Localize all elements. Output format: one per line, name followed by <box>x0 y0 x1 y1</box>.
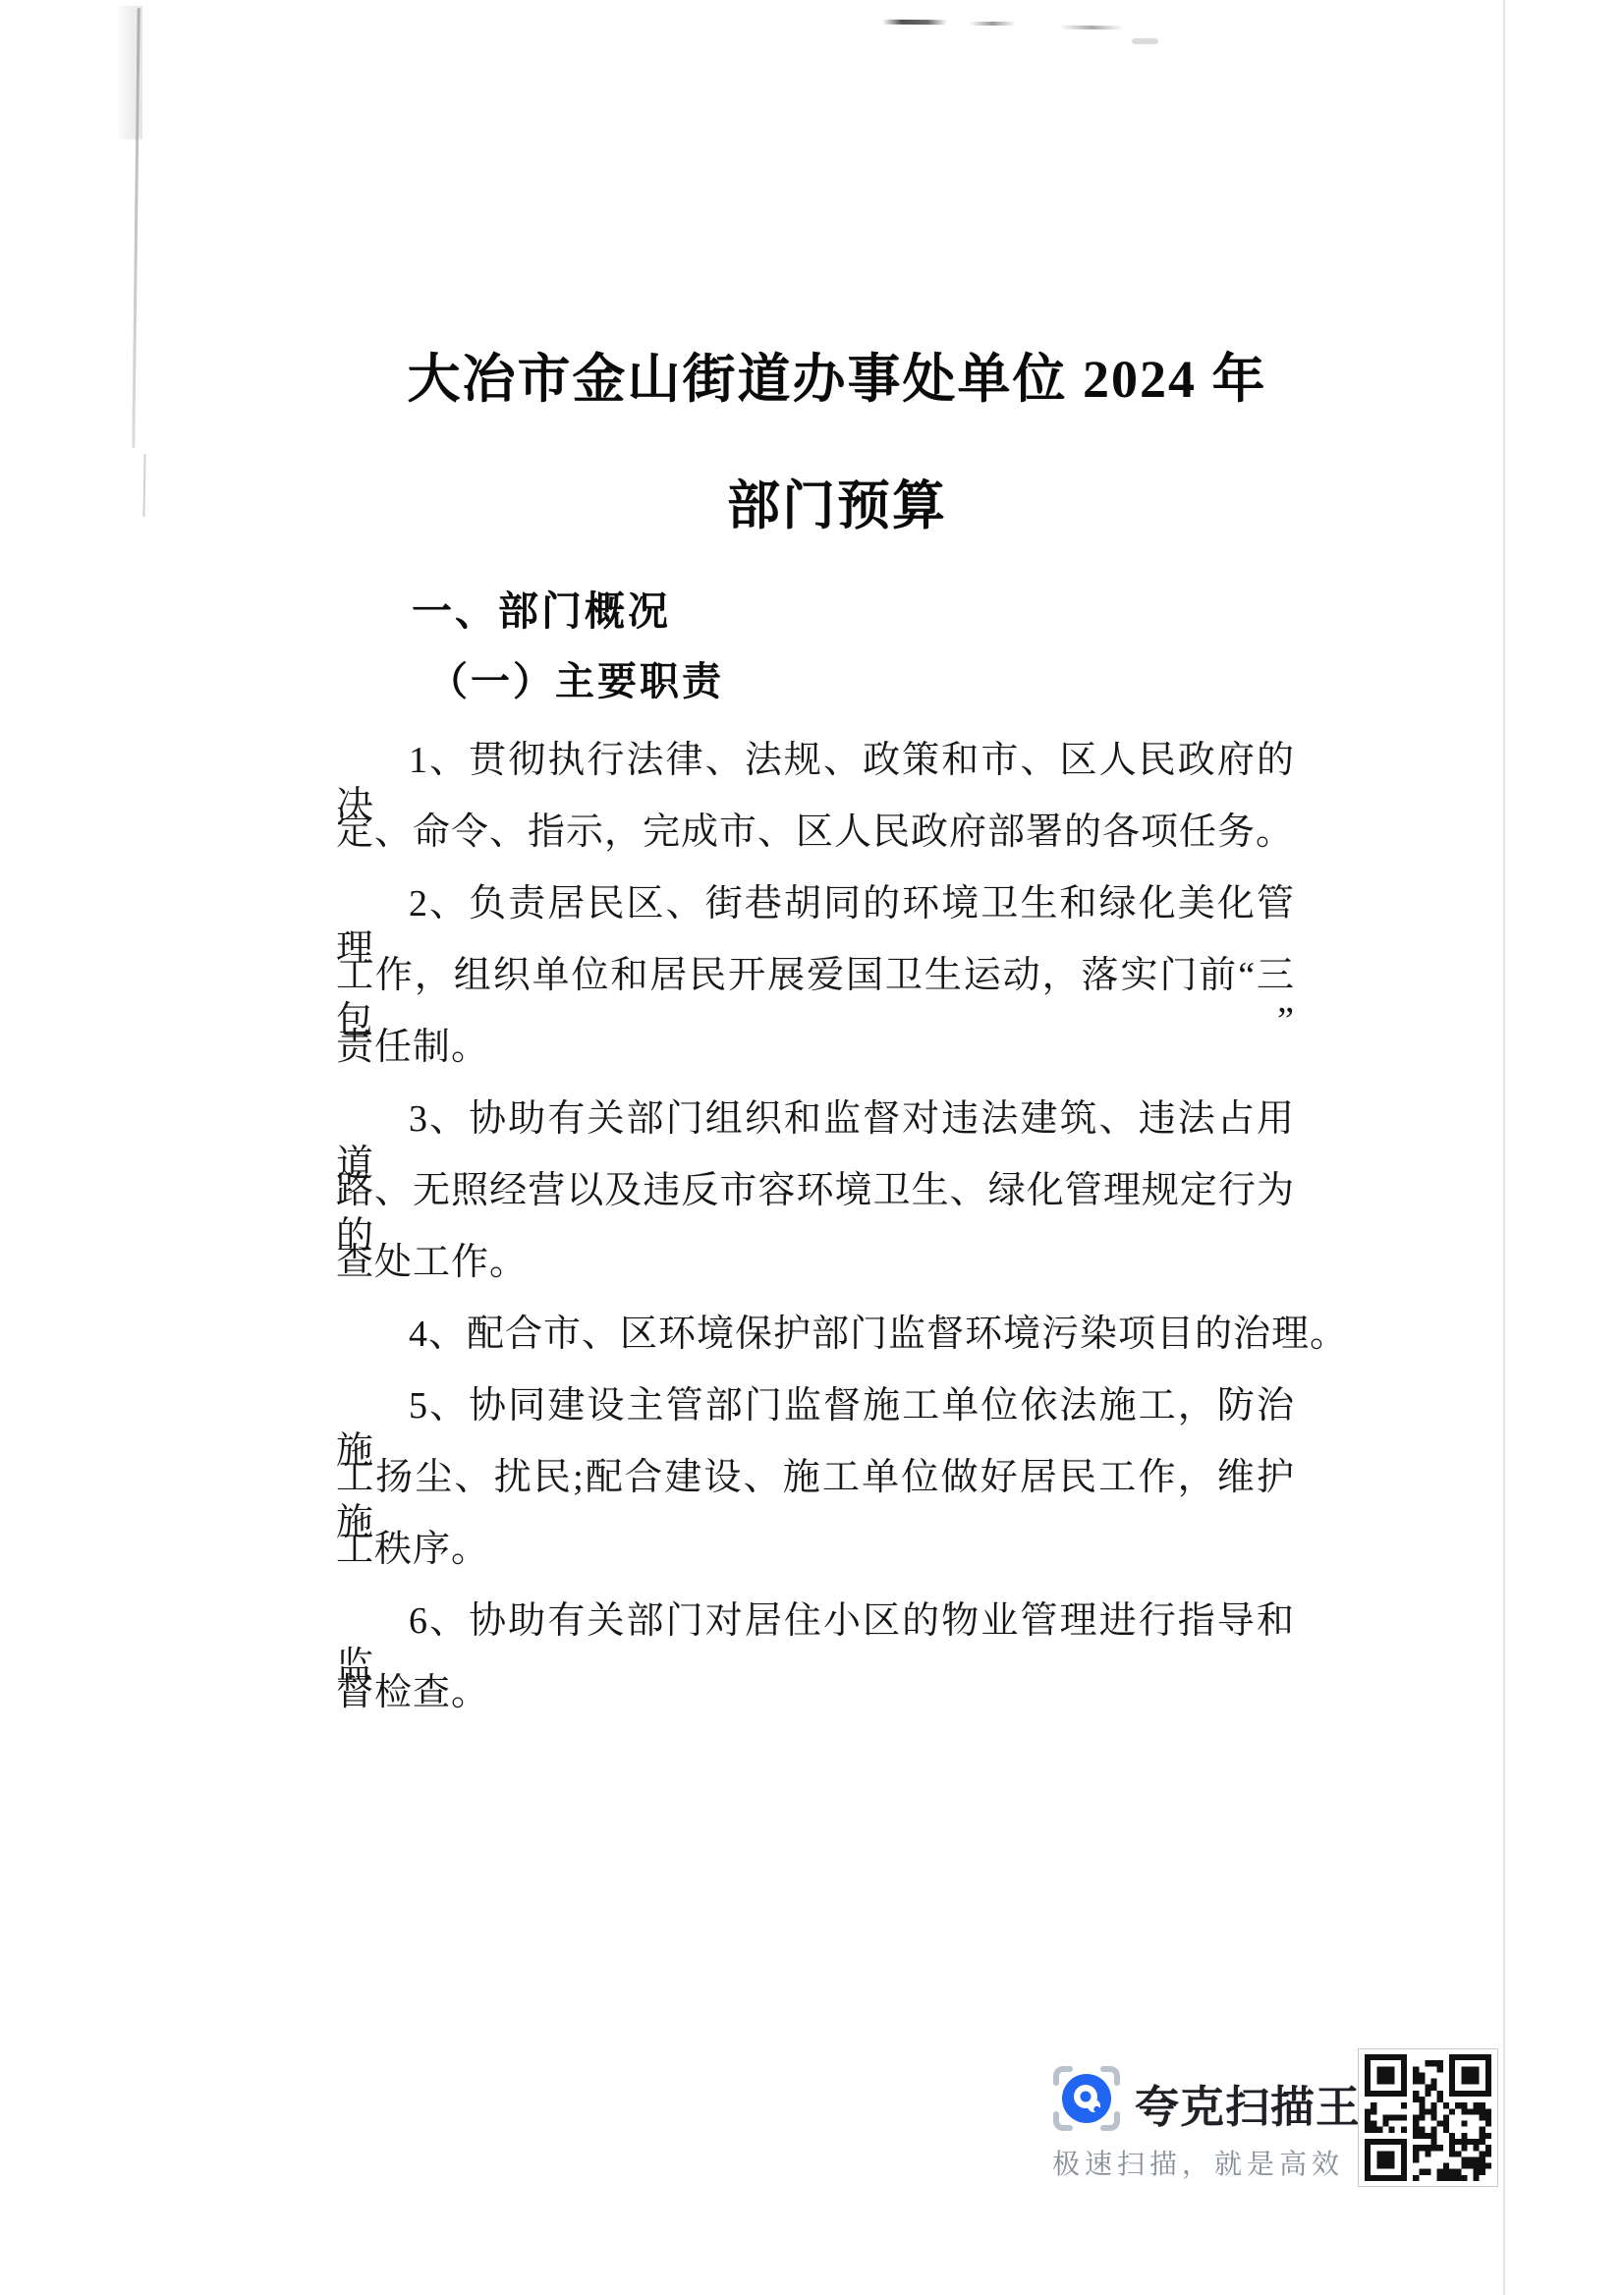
scan-artifact-top-streak <box>882 20 947 25</box>
scanner-tagline: 极速扫描，就是高效 <box>1052 2143 1344 2182</box>
scan-artifact-top-streak <box>1059 26 1124 30</box>
qr-code <box>1358 2048 1498 2187</box>
body-line: 责任制。 <box>336 1026 1295 1071</box>
body-line: 工秩序。 <box>336 1528 1295 1573</box>
scanner-app-name: 夸克扫描王 <box>1135 2071 1361 2135</box>
body-line: 查处工作。 <box>336 1241 1295 1286</box>
document-title-line1: 大冶市金山街道办事处单位 2024 年 <box>336 349 1338 410</box>
section-heading: 一、部门概况 <box>412 579 671 637</box>
scan-artifact-top-streak <box>969 22 1016 26</box>
scan-artifact-left-band <box>116 6 142 140</box>
document-title-line2: 部门预算 <box>336 476 1338 536</box>
quark-scanner-logo-icon <box>1053 2066 1120 2131</box>
scan-artifact-left-line <box>132 8 140 448</box>
scan-artifact-page-edge <box>1503 0 1505 2295</box>
subsection-heading: （一）主要职责 <box>428 650 724 706</box>
scanned-page: 大冶市金山街道办事处单位 2024 年 部门预算 一、部门概况 （一）主要职责 … <box>0 0 1624 2295</box>
scan-artifact-top-streak <box>1132 38 1158 44</box>
body-line: 4、配合市、区环境保护部门监督环境污染项目的治理。 <box>336 1313 1295 1358</box>
body-line: 督检查。 <box>336 1671 1295 1716</box>
scan-artifact-left-dash <box>142 454 145 517</box>
body-line: 定、命令、指示，完成市、区人民政府部署的各项任务。 <box>336 811 1295 856</box>
